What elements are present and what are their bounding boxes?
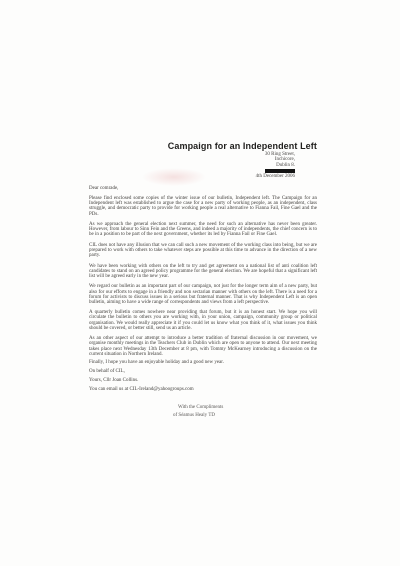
address-line: Dublin 8. (89, 163, 295, 168)
letter-paragraph: A quarterly bulletin comes nowhere near … (89, 310, 317, 331)
letter-paragraph: Please find enclosed some copies of the … (89, 196, 317, 217)
contact-email-line: You can email us at CIL-Ireland@yahoogro… (89, 387, 317, 392)
closing-wishes: Finally, I hope you have an enjoyable ho… (89, 360, 317, 365)
letter-paragraph: As an other aspect of our attempt to int… (89, 336, 317, 357)
scanned-letter-page: Campaign for an Independent Left 30 Ring… (0, 0, 400, 566)
compliments-line: of Séamus Healy TD (173, 412, 223, 420)
letter-date: 4th December 2006 (89, 174, 317, 179)
letter-body: Campaign for an Independent Left 30 Ring… (89, 141, 317, 392)
sender-address: 30 Ring Street, Inchicore, Dublin 8. (89, 152, 317, 173)
redacted-text-bar (265, 169, 295, 173)
signature-line: Yours, Cllr Joan Collins. (89, 378, 317, 383)
letter-paragraph: As we approach the general election next… (89, 222, 317, 237)
salutation: Dear comrade, (89, 186, 317, 191)
letter-paragraph: CIL does not have any illusion that we c… (89, 243, 317, 258)
letter-paragraph: We regard our bulletin as an important p… (89, 284, 317, 305)
letter-paragraph: We have been working with others on the … (89, 264, 317, 279)
compliments-slip: With the Compliments of Séamus Healy TD (173, 404, 223, 420)
letter-title: Campaign for an Independent Left (89, 141, 317, 151)
closing-behalf: On behalf of CIL, (89, 369, 317, 374)
compliments-line: With the Compliments (173, 404, 223, 412)
